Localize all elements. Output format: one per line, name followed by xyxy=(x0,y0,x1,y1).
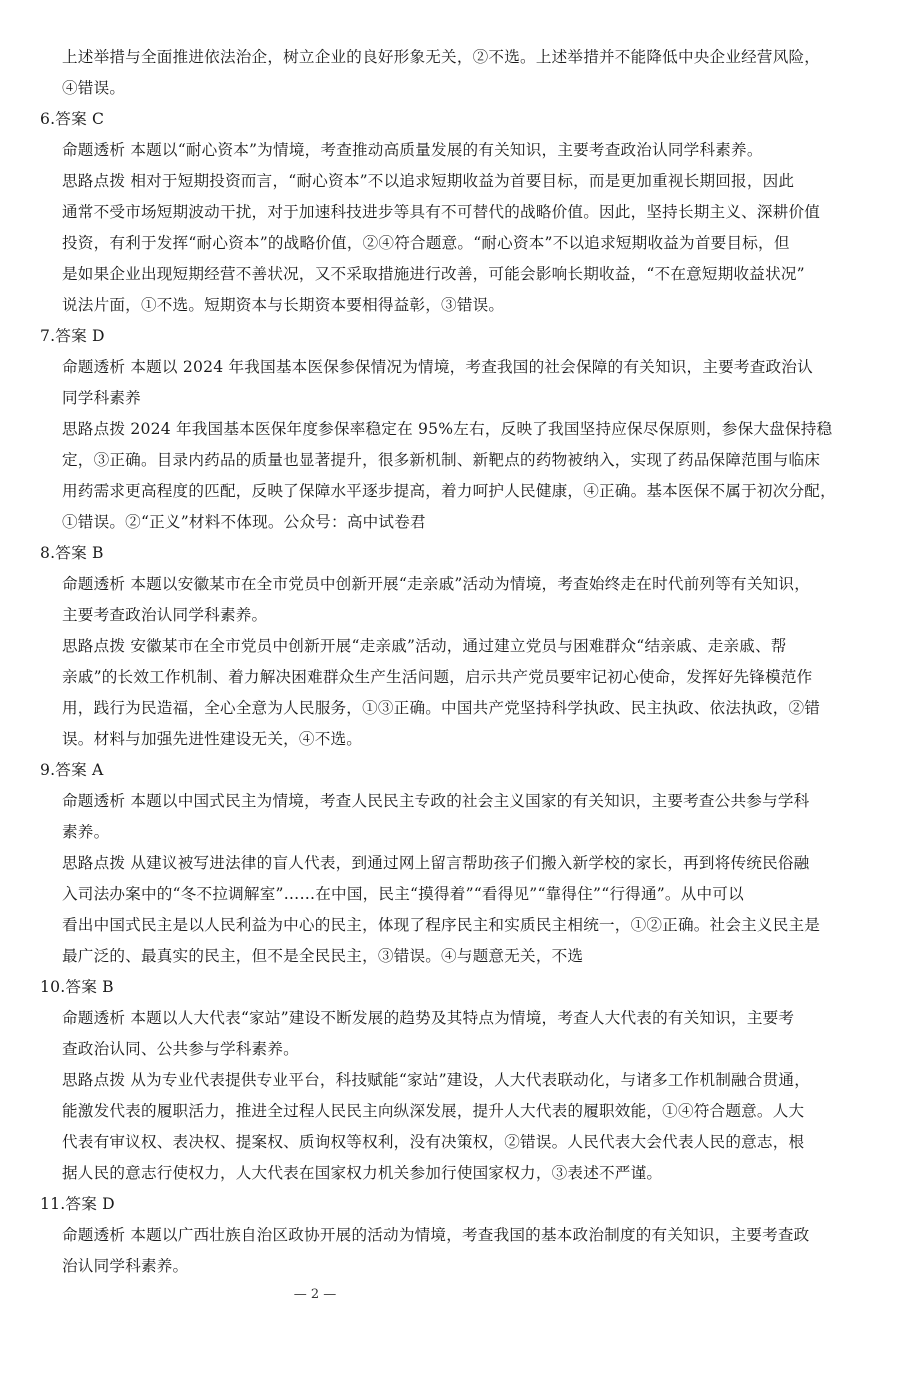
question-6-line: 通常不受市场短期波动干扰，对于加速科技进步等具有不可替代的战略价值。因此，坚持长… xyxy=(40,197,860,228)
question-number: 10. xyxy=(40,978,65,996)
question-number: 8. xyxy=(40,544,55,562)
question-11-header: 11.答案 D xyxy=(40,1189,860,1220)
question-10-line: 查政治认同、公共参与学科素养。 xyxy=(40,1034,860,1065)
question-8-line: 命题透析 本题以安徽某市在全市党员中创新开展“走亲戚”活动为情境，考查始终走在时… xyxy=(40,569,860,600)
answer-label: 答案 xyxy=(55,327,87,345)
question-7-line: 同学科素养 xyxy=(40,383,860,414)
answer-value: D xyxy=(102,1195,115,1213)
question-number: 9. xyxy=(40,761,55,779)
question-7-line: 用药需求更高程度的匹配，反映了保障水平逐步提高，着力呵护人民健康，④正确。基本医… xyxy=(40,476,860,507)
answer-value: D xyxy=(92,327,105,345)
question-9-line: 看出中国式民主是以人民利益为中心的民主，体现了程序民主和实质民主相统一，①②正确… xyxy=(40,910,860,941)
intro-line: 上述举措与全面推进依法治企，树立企业的良好形象无关，②不选。上述举措并不能降低中… xyxy=(40,42,860,73)
question-6-header: 6.答案 C xyxy=(40,104,860,135)
question-8-line: 主要考查政治认同学科素养。 xyxy=(40,600,860,631)
question-number: 11. xyxy=(40,1195,65,1213)
question-8-line: 思路点拨 安徽某市在全市党员中创新开展“走亲戚”活动，通过建立党员与困难群众“结… xyxy=(40,631,860,662)
question-7-line: 定，③正确。目录内药品的质量也显著提升，很多新机制、新靶点的药物被纳入，实现了药… xyxy=(40,445,860,476)
question-8-line: 用，践行为民造福，全心全意为人民服务，①③正确。中国共产党坚持科学执政、民主执政… xyxy=(40,693,860,724)
question-number: 6. xyxy=(40,110,55,128)
question-9-line: 思路点拨 从建议被写进法律的盲人代表，到通过网上留言帮助孩子们搬入新学校的家长，… xyxy=(40,848,860,879)
question-number: 7. xyxy=(40,327,55,345)
question-7-line: 思路点拨 2024 年我国基本医保年度参保率稳定在 95%左右，反映了我国坚持应… xyxy=(40,414,860,445)
question-6-line: 是如果企业出现短期经营不善状况，又不采取措施进行改善，可能会影响长期收益，“不在… xyxy=(40,259,860,290)
answer-value: A xyxy=(92,761,103,779)
answer-label: 答案 xyxy=(55,544,87,562)
question-10-line: 据人民的意志行使权力，人大代表在国家权力机关参加行使国家权力，③表述不严谨。 xyxy=(40,1158,860,1189)
question-8-line: 亲戚”的长效工作机制、着力解决困难群众生产生活问题，启示共产党员要牢记初心使命，… xyxy=(40,662,860,693)
question-6-line: 思路点拨 相对于短期投资而言，“耐心资本”不以追求短期收益为首要目标，而是更加重… xyxy=(40,166,860,197)
question-6-line: 投资，有利于发挥“耐心资本”的战略价值，②④符合题意。“耐心资本”不以追求短期收… xyxy=(40,228,860,259)
question-9-line: 命题透析 本题以中国式民主为情境，考查人民民主专政的社会主义国家的有关知识，主要… xyxy=(40,786,860,817)
answer-label: 答案 xyxy=(65,1195,97,1213)
question-10-line: 能激发代表的履职活力，推进全过程人民民主向纵深发展，提升人大代表的履职效能，①④… xyxy=(40,1096,860,1127)
question-9-line: 素养。 xyxy=(40,817,860,848)
question-10-line: 命题透析 本题以人大代表“家站”建设不断发展的趋势及其特点为情境，考查人大代表的… xyxy=(40,1003,860,1034)
page-number: — 2 — xyxy=(0,1287,630,1302)
answer-value: B xyxy=(92,544,104,562)
question-9-header: 9.答案 A xyxy=(40,755,860,786)
question-11-line: 命题透析 本题以广西壮族自治区政协开展的活动为情境，考查我国的基本政治制度的有关… xyxy=(40,1220,860,1251)
question-10-header: 10.答案 B xyxy=(40,972,860,1003)
answer-value: C xyxy=(92,110,104,128)
document-content: 上述举措与全面推进依法治企，树立企业的良好形象无关，②不选。上述举措并不能降低中… xyxy=(40,42,860,1282)
document-page: 上述举措与全面推进依法治企，树立企业的良好形象无关，②不选。上述举措并不能降低中… xyxy=(0,0,900,1380)
question-7-header: 7.答案 D xyxy=(40,321,860,352)
intro-line: ④错误。 xyxy=(40,73,860,104)
question-8-header: 8.答案 B xyxy=(40,538,860,569)
answer-label: 答案 xyxy=(55,761,87,779)
question-9-line: 最广泛的、最真实的民主，但不是全民民主，③错误。④与题意无关，不选 xyxy=(40,941,860,972)
question-9-line: 入司法办案中的“冬不拉调解室”……在中国，民主“摸得着”“看得见”“靠得住”“行… xyxy=(40,879,860,910)
question-8-line: 误。材料与加强先进性建设无关，④不选。 xyxy=(40,724,860,755)
question-6-line: 说法片面，①不选。短期资本与长期资本要相得益彰，③错误。 xyxy=(40,290,860,321)
question-10-line: 代表有审议权、表决权、提案权、质询权等权利，没有决策权，②错误。人民代表大会代表… xyxy=(40,1127,860,1158)
question-7-line: 命题透析 本题以 2024 年我国基本医保参保情况为情境，考查我国的社会保障的有… xyxy=(40,352,860,383)
answer-value: B xyxy=(102,978,114,996)
question-6-line: 命题透析 本题以“耐心资本”为情境，考查推动高质量发展的有关知识，主要考查政治认… xyxy=(40,135,860,166)
answer-label: 答案 xyxy=(65,978,97,996)
question-7-line: ①错误。②“正义”材料不体现。公众号：高中试卷君 xyxy=(40,507,860,538)
answer-label: 答案 xyxy=(55,110,87,128)
question-10-line: 思路点拨 从为专业代表提供专业平台，科技赋能“家站”建设，人大代表联动化，与诸多… xyxy=(40,1065,860,1096)
question-11-line: 治认同学科素养。 xyxy=(40,1251,860,1282)
